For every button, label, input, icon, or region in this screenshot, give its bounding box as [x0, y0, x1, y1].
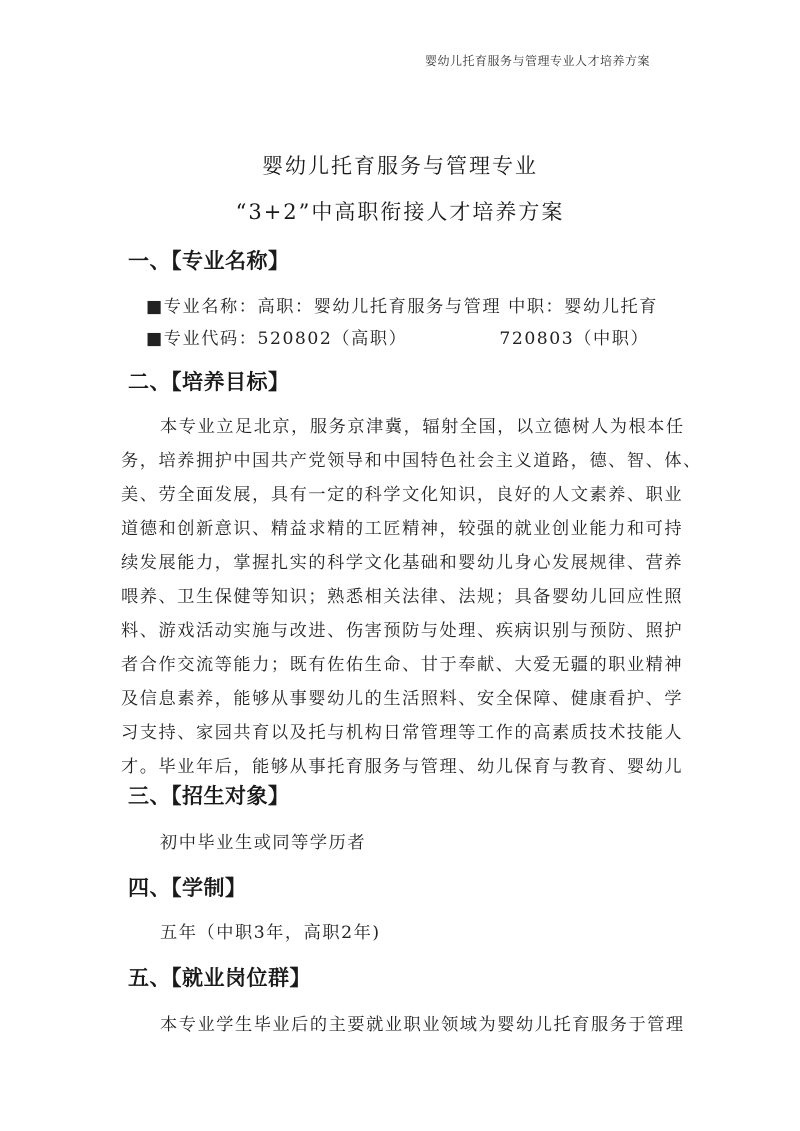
paragraph-line: 美、劳全面发展，具有一定的科学文化知识，良好的人文素养、职业: [121, 480, 683, 505]
major-code-secondary: 720803（中职）: [499, 329, 649, 349]
paragraph-line: 道德和创新意识、精益求精的工匠精神，较强的就业创业能力和可持: [121, 514, 683, 539]
career-text: 本专业学生毕业后的主要就业职业领域为婴幼儿托育服务于管理: [160, 1010, 685, 1035]
section-heading-major-name: 一、【专业名称】: [128, 245, 290, 275]
paragraph-line: 续发展能力，掌握扎实的科学文化基础和婴幼儿身心发展规律、营养: [121, 548, 683, 573]
section-heading-duration: 四、【学制】: [128, 872, 247, 902]
paragraph-line: 料、游戏活动实施与改进、伤害预防与处理、疾病识别与预防、照护: [121, 616, 683, 641]
paragraph-line: 本专业立足北京，服务京津冀，辐射全国，以立德树人为根本任: [160, 412, 685, 437]
paragraph-line: 才。毕业年后，能够从事托育服务与管理、幼儿保育与教育、婴幼儿: [121, 752, 683, 777]
document-title-line-2: “3+2”中高职衔接人才培养方案: [0, 196, 800, 226]
major-code-higher: ■专业代码：520802（高职）: [146, 329, 407, 349]
section-heading-training-goal: 二、【培养目标】: [128, 366, 290, 396]
section-heading-career: 五、【就业岗位群】: [128, 962, 311, 992]
duration-text: 五年（中职3年，高职2年): [160, 918, 381, 943]
paragraph-line: 及信息素养，能够从事婴幼儿的生活照料、安全保障、健康看护、学: [121, 684, 683, 709]
paragraph-line: 喂养、卫生保健等知识；熟悉相关法律、法规；具备婴幼儿回应性照: [121, 582, 683, 607]
paragraph-line: 者合作交流等能力；既有佐佑生命、甘于奉献、大爱无疆的职业精神: [121, 650, 683, 675]
paragraph-line: 务，培养拥护中国共产党领导和中国特色社会主义道路，德、智、体、: [121, 446, 702, 471]
enrollment-text: 初中毕业生或同等学历者: [160, 828, 366, 853]
page-header: 婴幼儿托育服务与管理专业人才培养方案: [425, 52, 650, 69]
major-code-line: ■专业代码：520802（高职）720803（中职）: [146, 324, 649, 349]
major-name-line: ■专业名称：高职：婴幼儿托育服务与管理 中职：婴幼儿托育: [146, 292, 658, 317]
section-heading-enrollment: 三、【招生对象】: [128, 780, 290, 810]
paragraph-line: 习支持、家园共育以及托与机构日常管理等工作的高素质技术技能人: [121, 718, 683, 743]
document-title-line-1: 婴幼儿托育服务与管理专业: [0, 150, 800, 180]
